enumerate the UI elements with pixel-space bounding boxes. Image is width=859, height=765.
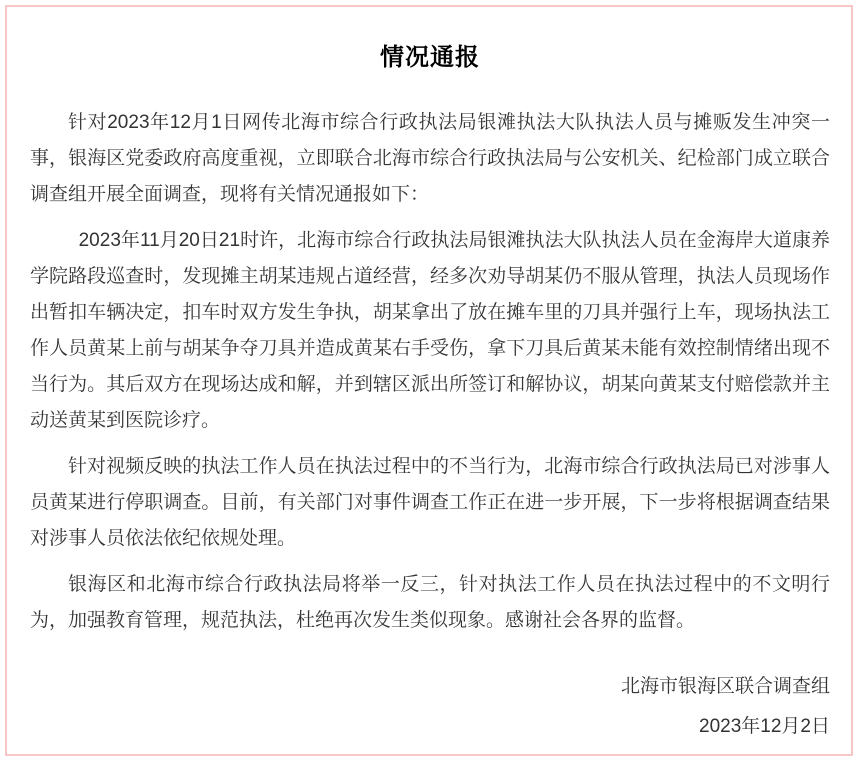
signature: 北海市银海区联合调查组 xyxy=(30,667,830,707)
paragraph-investigation-status: 针对视频反映的执法工作人员在执法过程中的不当行为，北海市综合行政执法局已对涉事人… xyxy=(30,449,830,557)
notice-document: 情况通报 针对2023年12月1日网传北海市综合行政执法局银滩执法大队执法人员与… xyxy=(7,7,850,754)
paragraph-intro: 针对2023年12月1日网传北海市综合行政执法局银滩执法大队执法人员与摊贩发生冲… xyxy=(30,105,830,213)
notice-page: 情况通报 针对2023年12月1日网传北海市综合行政执法局银滩执法大队执法人员与… xyxy=(0,0,859,765)
signature-block: 北海市银海区联合调查组 2023年12月2日 xyxy=(30,667,830,747)
paragraph-conclusion: 银海区和北海市综合行政执法局将举一反三，针对执法工作人员在执法过程中的不文明行为… xyxy=(30,567,830,639)
document-title: 情况通报 xyxy=(30,41,830,75)
date: 2023年12月2日 xyxy=(30,707,830,747)
paragraph-incident-details: 2023年11月20日21时许，北海市综合行政执法局银滩执法大队执法人员在金海岸… xyxy=(30,223,830,439)
document-body: 针对2023年12月1日网传北海市综合行政执法局银滩执法大队执法人员与摊贩发生冲… xyxy=(30,105,830,639)
